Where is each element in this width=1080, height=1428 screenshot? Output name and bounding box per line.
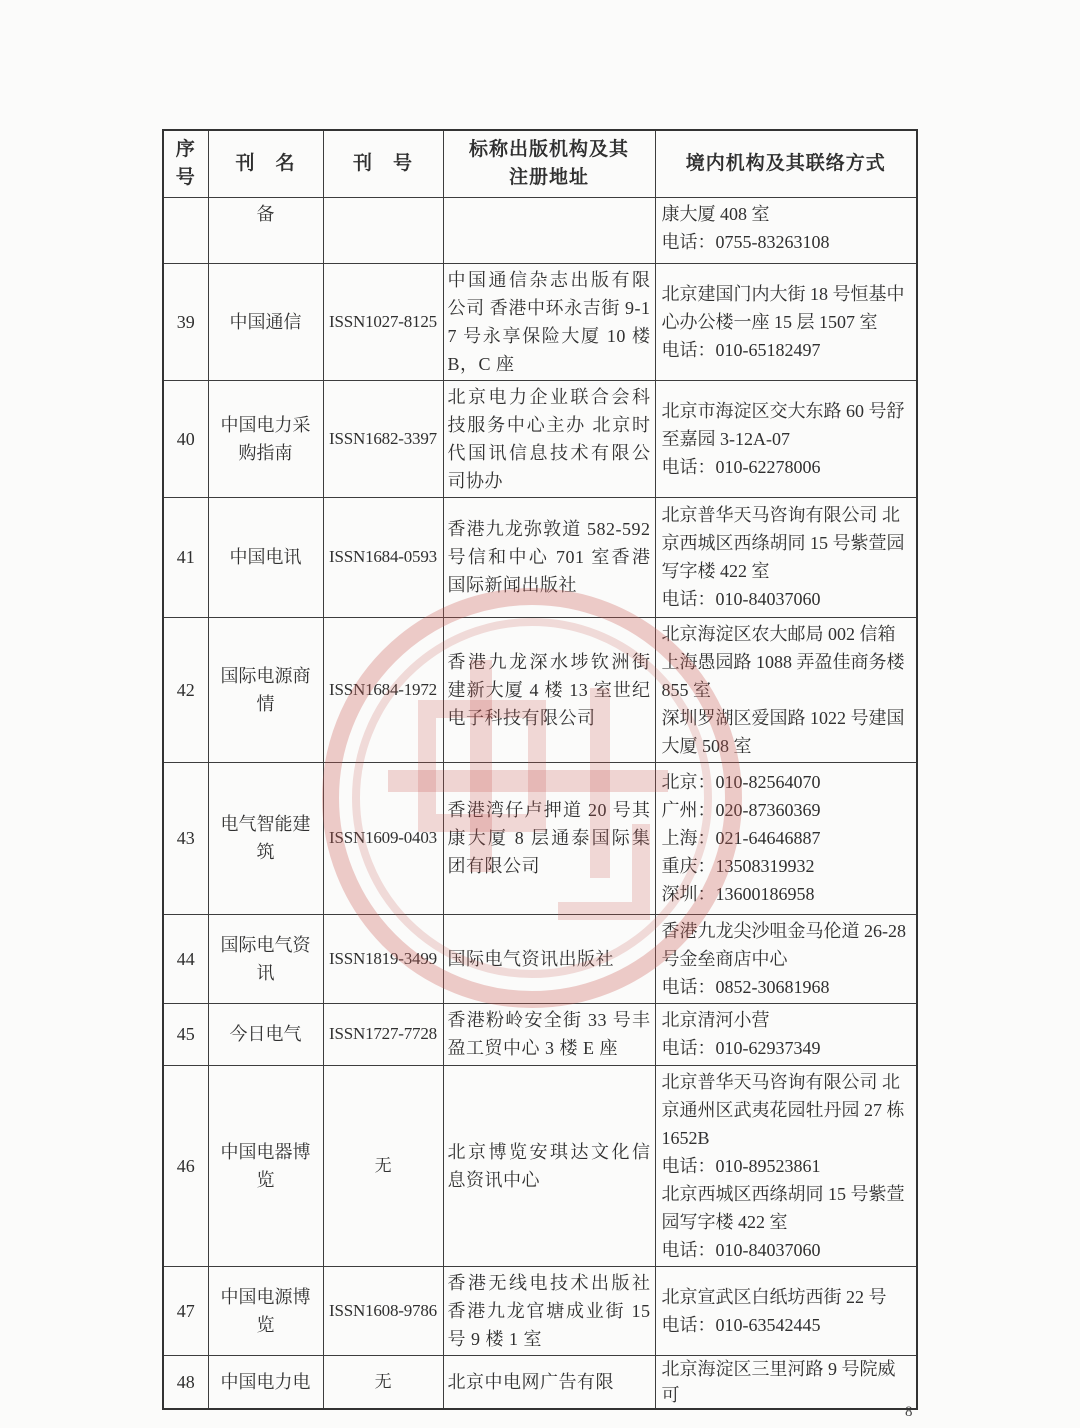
cell-issn: ISSN1608-9786 bbox=[323, 1266, 443, 1355]
contact-line: 香港九龙尖沙咀金马伦道 26-28 号金垒商店中心 bbox=[662, 917, 913, 973]
cell-contact: 香港九龙尖沙咀金马伦道 26-28 号金垒商店中心电话：0852-3068196… bbox=[655, 914, 917, 1003]
publisher-line: 北京电力企业联合会科技服务中心主办 北京时代国讯信息技术有限公司协办 bbox=[448, 383, 651, 495]
cell-name: 备 bbox=[208, 197, 323, 263]
cell-publisher: 国际电气资讯出版社 bbox=[443, 914, 655, 1003]
contact-line: 电话：0852-30681968 bbox=[662, 973, 913, 1001]
cell-contact: 北京建国门内大街 18 号恒基中心办公楼一座 15 层 1507 室电话：010… bbox=[655, 263, 917, 380]
cell-seq: 48 bbox=[163, 1355, 208, 1409]
cell-contact: 北京普华天马咨询有限公司 北京西城区西绦胡同 15 号紫萱园写字楼 422 室电… bbox=[655, 497, 917, 617]
cell-contact: 北京清河小营电话：010-62937349 bbox=[655, 1003, 917, 1065]
contact-line: 北京宣武区白纸坊西街 22 号 bbox=[662, 1283, 913, 1311]
contact-line: 深圳罗湖区爱国路 1022 号建国大厦 508 室 bbox=[662, 704, 913, 760]
contact-line: 电话：010-62937349 bbox=[662, 1034, 913, 1062]
cell-name: 国际电源商情 bbox=[208, 617, 323, 762]
table-row: 48中国电力电无北京中电网广告有限北京海淀区三里河路 9 号院威可 bbox=[163, 1355, 917, 1409]
publisher-line: 香港九龙弥敦道 582-592 号信和中心 701 室香港国际新闻出版社 bbox=[448, 515, 651, 599]
cell-name: 中国电力采购指南 bbox=[208, 380, 323, 497]
cell-issn: ISSN1609-0403 bbox=[323, 762, 443, 914]
cell-issn: 无 bbox=[323, 1355, 443, 1409]
table-row: 44国际电气资讯ISSN1819-3499国际电气资讯出版社香港九龙尖沙咀金马伦… bbox=[163, 914, 917, 1003]
cell-publisher: 香港九龙弥敦道 582-592 号信和中心 701 室香港国际新闻出版社 bbox=[443, 497, 655, 617]
table-row: 46中国电器博览无北京博览安琪达文化信息资讯中心北京普华天马咨询有限公司 北京通… bbox=[163, 1065, 917, 1266]
cell-contact: 北京海淀区三里河路 9 号院威可 bbox=[655, 1355, 917, 1409]
contact-line: 北京市海淀区交大东路 60 号舒至嘉园 3-12A-07 bbox=[662, 397, 913, 453]
header-cell: 标称出版机构及其注册地址 bbox=[443, 130, 655, 197]
contact-line: 广州：020-87360369 bbox=[662, 796, 913, 824]
cell-seq: 44 bbox=[163, 914, 208, 1003]
table-header: 序号刊 名刊 号标称出版机构及其注册地址境内机构及其联络方式 bbox=[163, 130, 917, 197]
contact-line: 北京西城区西绦胡同 15 号紫萱园写字楼 422 室 bbox=[662, 1180, 913, 1236]
contact-line: 北京建国门内大街 18 号恒基中心办公楼一座 15 层 1507 室 bbox=[662, 280, 913, 336]
cell-seq: 46 bbox=[163, 1065, 208, 1266]
cell-publisher: 北京中电网广告有限 bbox=[443, 1355, 655, 1409]
cell-publisher bbox=[443, 197, 655, 263]
contact-line: 北京海淀区农大邮局 002 信箱 bbox=[662, 620, 913, 648]
contact-line: 电话：010-62278006 bbox=[662, 453, 913, 481]
cell-seq bbox=[163, 197, 208, 263]
cell-contact: 北京市海淀区交大东路 60 号舒至嘉园 3-12A-07电话：010-62278… bbox=[655, 380, 917, 497]
cell-name: 中国电力电 bbox=[208, 1355, 323, 1409]
cell-name: 中国电源博览 bbox=[208, 1266, 323, 1355]
header-cell: 境内机构及其联络方式 bbox=[655, 130, 917, 197]
header-cell: 刊 名 bbox=[208, 130, 323, 197]
cell-contact: 北京：010-82564070广州：020-87360369上海：021-646… bbox=[655, 762, 917, 914]
header-line: 序 bbox=[168, 136, 204, 164]
table-row: 43电气智能建筑ISSN1609-0403香港湾仔卢押道 20 号其康大厦 8 … bbox=[163, 762, 917, 914]
contact-line: 北京普华天马咨询有限公司 北京西城区西绦胡同 15 号紫萱园写字楼 422 室 bbox=[662, 501, 913, 585]
cell-name: 中国通信 bbox=[208, 263, 323, 380]
cell-seq: 45 bbox=[163, 1003, 208, 1065]
header-row: 序号刊 名刊 号标称出版机构及其注册地址境内机构及其联络方式 bbox=[163, 130, 917, 197]
contact-line: 电话：010-84037060 bbox=[662, 1236, 913, 1264]
cell-publisher: 北京博览安琪达文化信息资讯中心 bbox=[443, 1065, 655, 1266]
document-page: 序号刊 名刊 号标称出版机构及其注册地址境内机构及其联络方式 备康大厦 408 … bbox=[0, 0, 1080, 1428]
cell-contact: 北京宣武区白纸坊西街 22 号电话：010-63542445 bbox=[655, 1266, 917, 1355]
cell-issn: ISSN1727-7728 bbox=[323, 1003, 443, 1065]
cell-contact: 北京普华天马咨询有限公司 北京通州区武夷花园牡丹园 27 栋 1652B电话：0… bbox=[655, 1065, 917, 1266]
cell-seq: 47 bbox=[163, 1266, 208, 1355]
contact-line: 电话：010-89523861 bbox=[662, 1152, 913, 1180]
header-cell: 序号 bbox=[163, 130, 208, 197]
cell-seq: 43 bbox=[163, 762, 208, 914]
contact-line: 康大厦 408 室 bbox=[662, 200, 913, 228]
table-row: 40中国电力采购指南ISSN1682-3397北京电力企业联合会科技服务中心主办… bbox=[163, 380, 917, 497]
contact-line: 上海愚园路 1088 弄盈佳商务楼 855 室 bbox=[662, 648, 913, 704]
publisher-line: 香港湾仔卢押道 20 号其康大厦 8 层通泰国际集团有限公司 bbox=[448, 796, 651, 880]
table-row: 备康大厦 408 室电话：0755-83263108 bbox=[163, 197, 917, 263]
contact-line: 电话：010-84037060 bbox=[662, 585, 913, 613]
contact-line: 上海：021-64646887 bbox=[662, 824, 913, 852]
header-cell: 刊 号 bbox=[323, 130, 443, 197]
contact-line: 重庆：13508319932 bbox=[662, 852, 913, 880]
publisher-line: 北京中电网广告有限 bbox=[448, 1369, 651, 1395]
contact-line: 电话：010-65182497 bbox=[662, 336, 913, 364]
cell-publisher: 香港粉岭安全街 33 号丰盈工贸中心 3 楼 E 座 bbox=[443, 1003, 655, 1065]
cell-contact: 北京海淀区农大邮局 002 信箱上海愚园路 1088 弄盈佳商务楼 855 室深… bbox=[655, 617, 917, 762]
contact-line: 深圳：13600186958 bbox=[662, 880, 913, 908]
table-row: 39中国通信ISSN1027-8125中国通信杂志出版有限公司 香港中环永吉街 … bbox=[163, 263, 917, 380]
contact-line: 北京：010-82564070 bbox=[662, 768, 913, 796]
cell-name: 电气智能建筑 bbox=[208, 762, 323, 914]
cell-issn: ISSN1027-8125 bbox=[323, 263, 443, 380]
header-line: 刊 号 bbox=[328, 150, 439, 178]
cell-seq: 41 bbox=[163, 497, 208, 617]
header-line: 注册地址 bbox=[448, 164, 651, 192]
cell-publisher: 香港九龙深水埗钦洲街建新大厦 4 楼 13 室世纪电子科技有限公司 bbox=[443, 617, 655, 762]
cell-seq: 42 bbox=[163, 617, 208, 762]
cell-issn: 无 bbox=[323, 1065, 443, 1266]
cell-issn: ISSN1682-3397 bbox=[323, 380, 443, 497]
cell-publisher: 中国通信杂志出版有限公司 香港中环永吉街 9-17 号永享保险大厦 10 楼 B… bbox=[443, 263, 655, 380]
cell-name: 国际电气资讯 bbox=[208, 914, 323, 1003]
publisher-line: 香港粉岭安全街 33 号丰盈工贸中心 3 楼 E 座 bbox=[448, 1006, 651, 1062]
contact-line: 电话：010-63542445 bbox=[662, 1311, 913, 1339]
cell-name: 中国电器博览 bbox=[208, 1065, 323, 1266]
publisher-line: 国际电气资讯出版社 bbox=[448, 945, 651, 973]
publisher-line: 北京博览安琪达文化信息资讯中心 bbox=[448, 1138, 651, 1194]
header-line: 境内机构及其联络方式 bbox=[660, 150, 913, 178]
cell-issn bbox=[323, 197, 443, 263]
publisher-line: 中国通信杂志出版有限公司 香港中环永吉街 9-17 号永享保险大厦 10 楼 B… bbox=[448, 266, 651, 378]
cell-issn: ISSN1819-3499 bbox=[323, 914, 443, 1003]
contact-line: 电话：0755-83263108 bbox=[662, 228, 913, 256]
publications-table: 序号刊 名刊 号标称出版机构及其注册地址境内机构及其联络方式 备康大厦 408 … bbox=[162, 129, 918, 1410]
table-row: 42国际电源商情ISSN1684-1972香港九龙深水埗钦洲街建新大厦 4 楼 … bbox=[163, 617, 917, 762]
cell-publisher: 香港湾仔卢押道 20 号其康大厦 8 层通泰国际集团有限公司 bbox=[443, 762, 655, 914]
table-body: 备康大厦 408 室电话：0755-8326310839中国通信ISSN1027… bbox=[163, 197, 917, 1409]
cell-seq: 39 bbox=[163, 263, 208, 380]
header-line: 号 bbox=[168, 164, 204, 192]
cell-publisher: 北京电力企业联合会科技服务中心主办 北京时代国讯信息技术有限公司协办 bbox=[443, 380, 655, 497]
cell-name: 今日电气 bbox=[208, 1003, 323, 1065]
cell-name: 中国电讯 bbox=[208, 497, 323, 617]
table-row: 41中国电讯ISSN1684-0593香港九龙弥敦道 582-592 号信和中心… bbox=[163, 497, 917, 617]
contact-line: 北京海淀区三里河路 9 号院威可 bbox=[662, 1356, 913, 1408]
cell-seq: 40 bbox=[163, 380, 208, 497]
publisher-line: 香港九龙深水埗钦洲街建新大厦 4 楼 13 室世纪电子科技有限公司 bbox=[448, 648, 651, 732]
cell-issn: ISSN1684-0593 bbox=[323, 497, 443, 617]
header-line: 标称出版机构及其 bbox=[448, 136, 651, 164]
cell-contact: 康大厦 408 室电话：0755-83263108 bbox=[655, 197, 917, 263]
contact-line: 北京清河小营 bbox=[662, 1006, 913, 1034]
cell-issn: ISSN1684-1972 bbox=[323, 617, 443, 762]
table-row: 45今日电气ISSN1727-7728香港粉岭安全街 33 号丰盈工贸中心 3 … bbox=[163, 1003, 917, 1065]
contact-line: 北京普华天马咨询有限公司 北京通州区武夷花园牡丹园 27 栋 1652B bbox=[662, 1068, 913, 1152]
cell-publisher: 香港无线电技术出版社 香港九龙官塘成业街 15 号 9 楼 1 室 bbox=[443, 1266, 655, 1355]
header-line: 刊 名 bbox=[213, 150, 319, 178]
table-row: 47中国电源博览ISSN1608-9786香港无线电技术出版社 香港九龙官塘成业… bbox=[163, 1266, 917, 1355]
publisher-line: 香港无线电技术出版社 香港九龙官塘成业街 15 号 9 楼 1 室 bbox=[448, 1269, 651, 1353]
